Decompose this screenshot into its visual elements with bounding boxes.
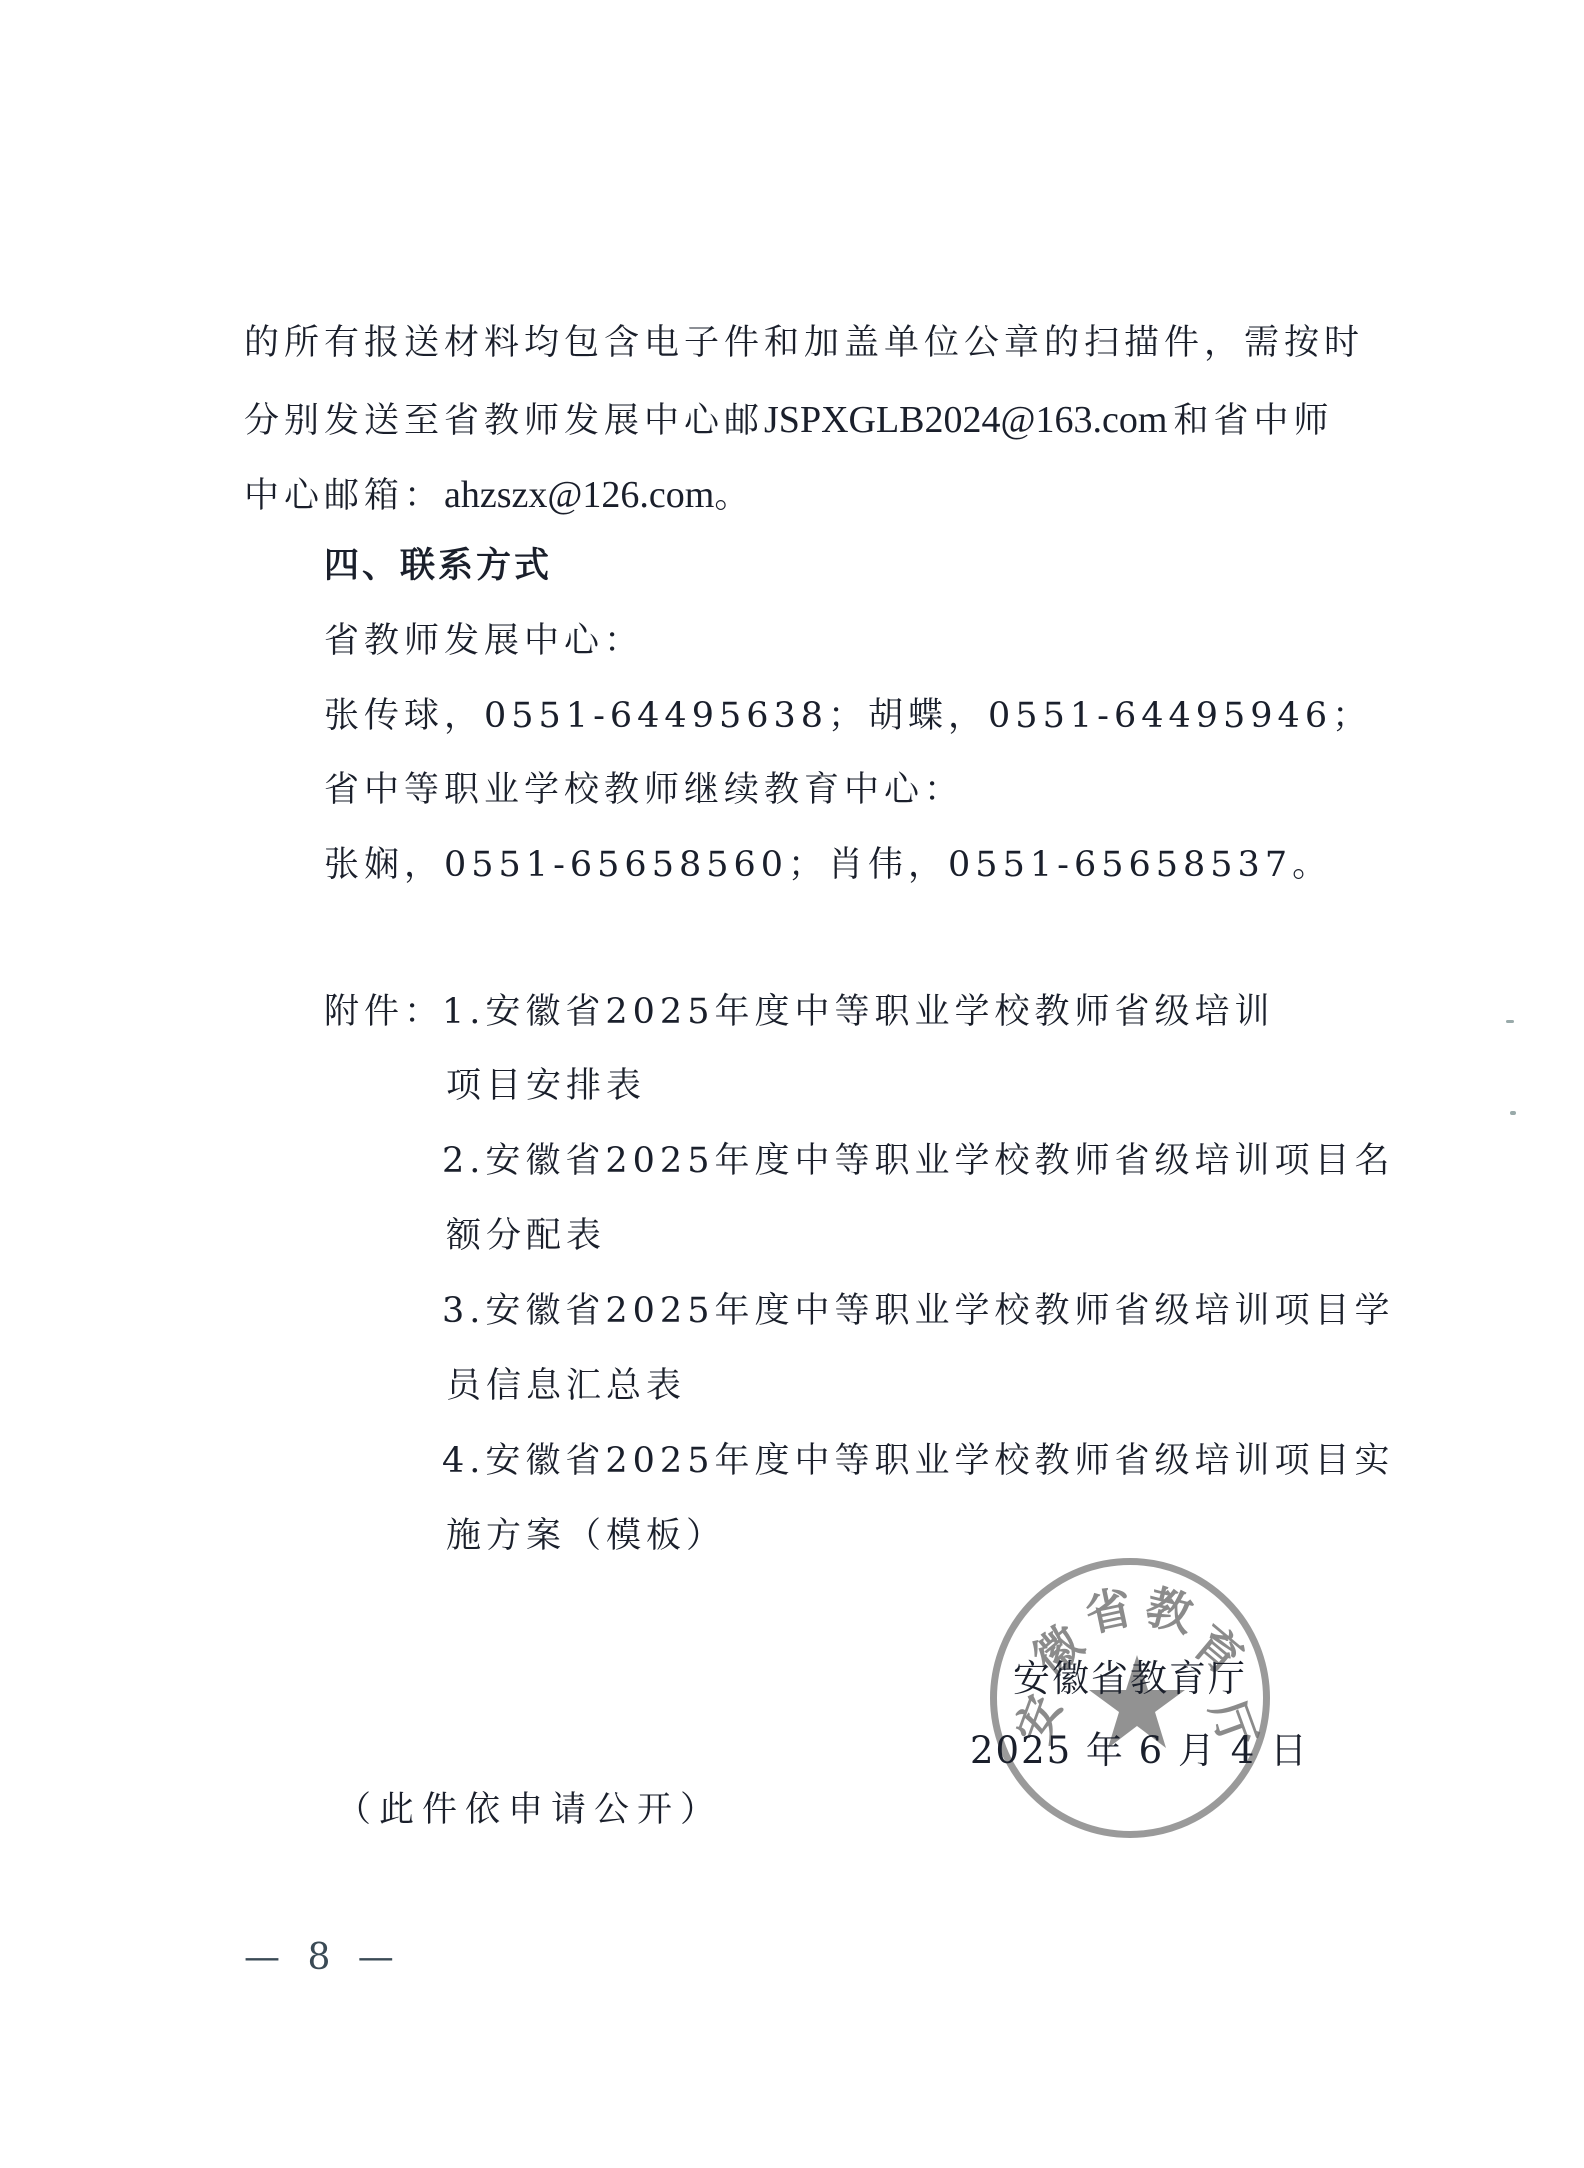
seal-char: 教: [1140, 1570, 1201, 1645]
contact-org: 省教师发展中心：: [324, 624, 644, 659]
seal-char: 省: [1079, 1571, 1138, 1645]
contact-org: 省中等职业学校教师继续教育中心：: [324, 773, 964, 808]
attachment-item-cont: 员信息汇总表: [446, 1369, 686, 1404]
scan-speck: [1510, 1111, 1516, 1115]
issuer-name: 安徽省教育厅: [1013, 1660, 1247, 1697]
attachment-item: 2.安徽省2025年度中等职业学校教师省级培训项目名: [442, 1144, 1394, 1179]
body-text: 和省中师: [1173, 401, 1333, 441]
scan-speck: [1506, 1020, 1514, 1023]
page-number: — 8 —: [244, 1937, 402, 1978]
disclosure-note: （此件依申请公开）: [336, 1793, 723, 1828]
body-text: 中心邮箱：: [244, 476, 444, 516]
attachment-item: 1.安徽省2025年度中等职业学校教师省级培训: [442, 995, 1274, 1030]
body-text-line: 分别发送至省教师发展中心邮JSPXGLB2024@163.com和省中师: [244, 401, 1333, 439]
body-text: 分别发送至省教师发展中心邮: [244, 401, 764, 441]
attachment-item: 4.安徽省2025年度中等职业学校教师省级培训项目实: [442, 1444, 1394, 1479]
body-text: 。: [714, 476, 754, 516]
email-link-teacher-center[interactable]: JSPXGLB2024@163.com: [764, 399, 1167, 441]
attachment-item-cont: 项目安排表: [446, 1069, 646, 1104]
section-heading: 四、联系方式: [324, 549, 552, 584]
body-text-line: 的所有报送材料均包含电子件和加盖单位公章的扫描件，需按时: [244, 326, 1364, 361]
attachment-item-cont: 施方案（模板）: [446, 1519, 726, 1554]
body-text-line: 中心邮箱：ahzszx@126.com。: [244, 476, 754, 514]
contact-details: 张娴，0551-65658560；肖伟，0551-65658537。: [324, 848, 1332, 883]
contact-details: 张传球，0551-64495638；胡蝶，0551-64495946；: [324, 699, 1372, 734]
email-link-vocational-center[interactable]: ahzszx@126.com: [444, 474, 714, 516]
attachment-item: 3.安徽省2025年度中等职业学校教师省级培训项目学: [442, 1294, 1394, 1329]
attachment-item-cont: 额分配表: [446, 1219, 606, 1254]
attachments-label: 附件：: [324, 995, 444, 1030]
issue-date: 2025 年 6 月 4 日: [970, 1732, 1309, 1769]
